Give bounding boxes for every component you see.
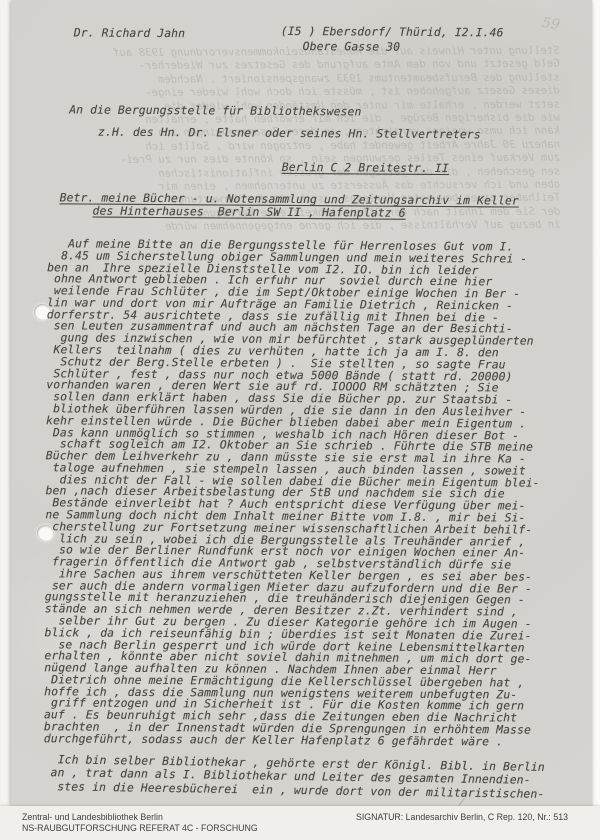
archive-institution-line1: Zentral- und Landesbibliothek Berlin [22,812,258,823]
archive-signature: SIGNATUR: Landesarchiv Berlin, C Rep. 12… [356,812,568,822]
recipient-line: An die Bergungsstelle für Bibliothekswes… [69,102,361,118]
letter-body-paragraph-2: Ich bin selber Bibliothekar , gehörte er… [50,753,545,801]
subject-line-2: des Hinterhauses Berlin SW II , Hafenpla… [92,204,405,220]
typed-letter: Dr. Richard Jahn (I5 ) Ebersdorf/ Thürid… [0,0,600,840]
date-place-line: (I5 ) Ebersdorf/ Thürid, I2.I.46 [281,24,504,40]
archive-institution: Zentral- und Landesbibliothek Berlin NS-… [22,812,258,833]
archive-institution-line2: NS-RAUBGUTFORSCHUNG REFERAT 4C - FORSCHU… [22,823,258,834]
letter-body-paragraph-1: Auf meine Bitte an die Bergungsstelle fü… [44,238,542,748]
sender-street: Obere Gasse 30 [303,39,401,54]
sender-name: Dr. Richard Jahn [74,25,185,40]
recipient-city-line: Berlin C 2 Breitestr. II [282,160,449,175]
recipient-attn-line: z.H. des Hn. Dr. Elsner oder seines Hn. … [98,125,481,142]
pencil-page-number: 59 [541,15,561,33]
archive-footer-band: Zentral- und Landesbibliothek Berlin NS-… [0,806,600,840]
